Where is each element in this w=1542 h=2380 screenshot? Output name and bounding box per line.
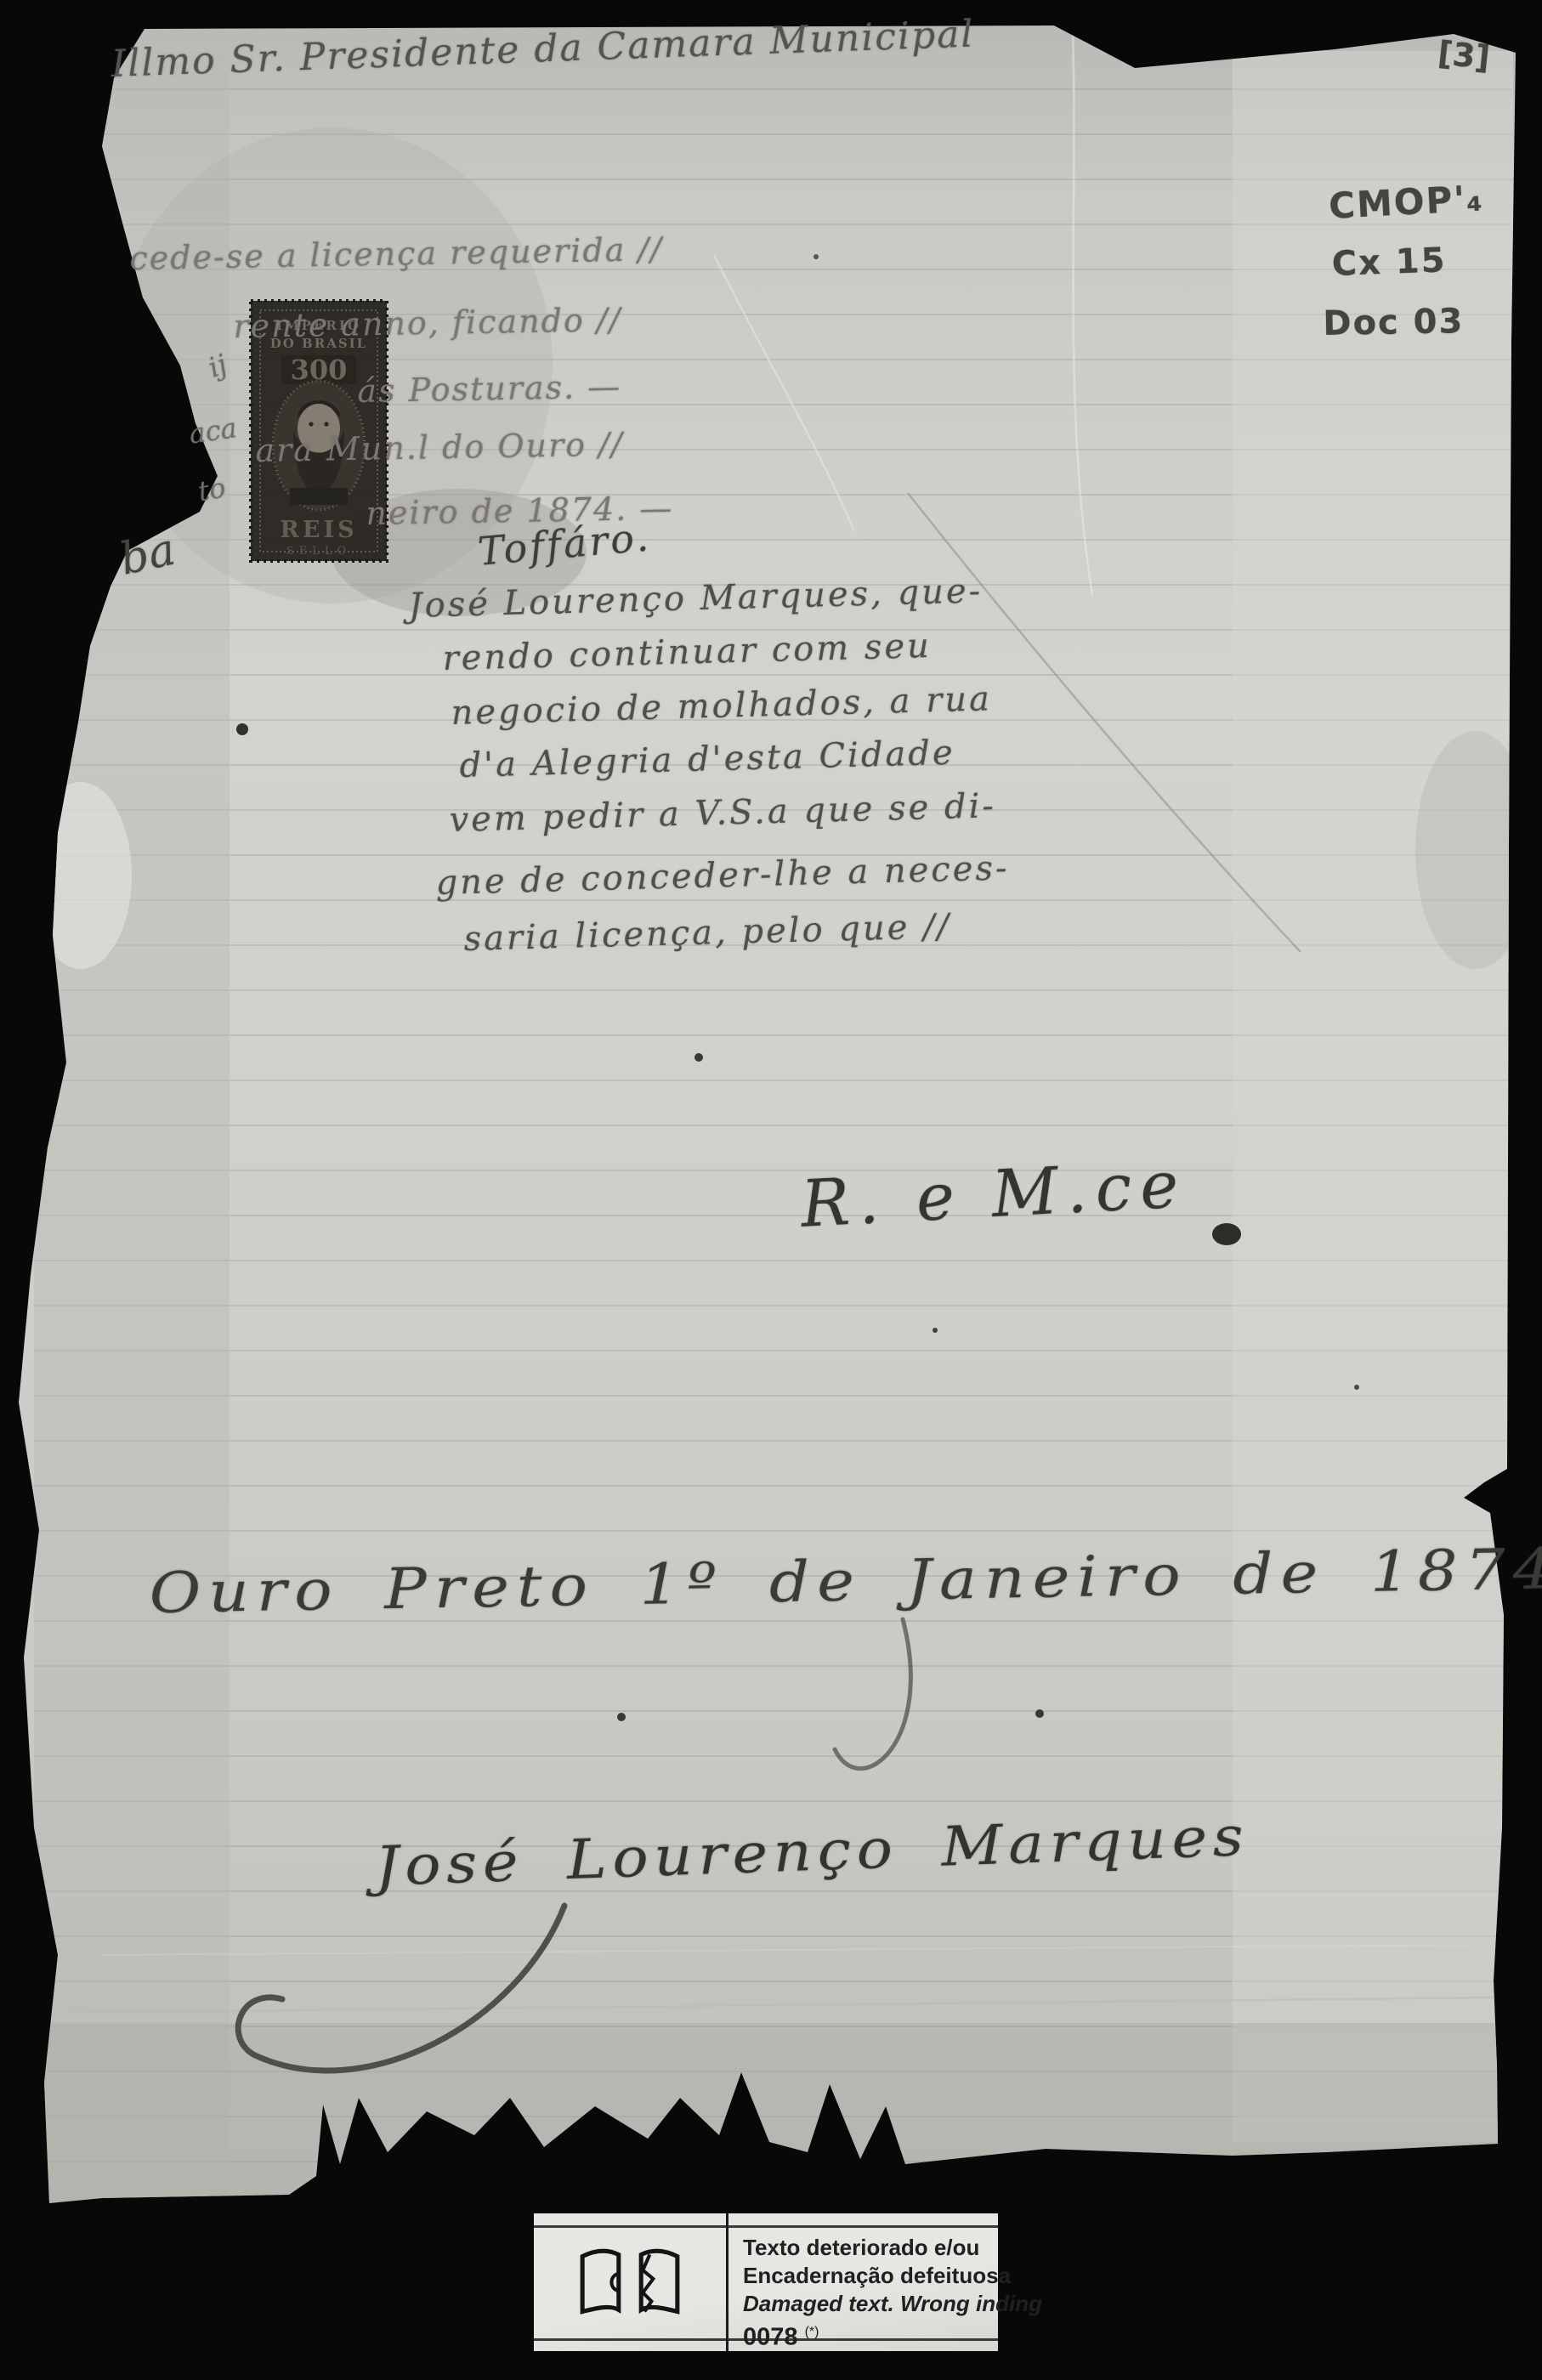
stamp-footer: SELLO xyxy=(286,545,351,558)
page-number-marker: [3] xyxy=(1436,34,1491,76)
portrait-eye-left xyxy=(309,422,313,426)
ink-dot-7 xyxy=(814,254,819,259)
label-code: 0078 (*) xyxy=(743,2318,993,2352)
bottom-wear xyxy=(43,2023,1500,2206)
label-text-cell: Texto deteriorado e/ou Encadernação defe… xyxy=(743,2234,993,2352)
label-en-line: Damaged text. Wrong inding xyxy=(743,2290,993,2318)
annotation-box: Cx 15 xyxy=(1331,241,1447,284)
despacho-line-3: ás Posturas. — xyxy=(357,368,622,410)
stamp-unit: REIS xyxy=(280,517,357,543)
ink-dot-6 xyxy=(1354,1385,1359,1390)
light-flap-left xyxy=(30,782,132,969)
annotation-doc: Doc 03 xyxy=(1323,302,1465,343)
label-code-footnote: (*) xyxy=(805,2325,819,2339)
portrait-shoulders xyxy=(290,488,348,505)
ink-dot-5 xyxy=(1035,1709,1044,1718)
despacho-line-4: ara Mun.l do Ouro // xyxy=(255,425,624,469)
light-band-right xyxy=(1233,51,1513,2142)
despacho-line-2: rente anno, ficando // xyxy=(233,301,622,345)
smudge-right-edge xyxy=(1415,731,1534,969)
ink-dot-2 xyxy=(694,1053,703,1062)
torn-text-fragment-2: aca xyxy=(187,411,239,450)
damaged-book-icon xyxy=(574,2241,686,2324)
ink-blot-closing xyxy=(1212,1223,1241,1245)
portrait-eye-right xyxy=(324,422,328,426)
ink-dot-4 xyxy=(617,1713,626,1721)
label-icon-cell xyxy=(534,2213,726,2351)
torn-text-fragment-3: to xyxy=(196,471,228,507)
ink-dot-3 xyxy=(933,1328,938,1333)
label-code-number: 0078 xyxy=(743,2324,798,2351)
ink-dot-1 xyxy=(236,723,248,735)
paper-sheet-graphic: IMPERIO DO BRASIL 300 REIS SELLO xyxy=(0,0,1542,2380)
annotation-fond: CMOP'₄ xyxy=(1328,177,1485,226)
label-pt-line2: Encadernação defeituosa xyxy=(743,2262,993,2290)
damage-label: Texto deteriorado e/ou Encadernação defe… xyxy=(534,2213,998,2351)
label-divider xyxy=(726,2213,728,2351)
scanned-manuscript-page: IMPERIO DO BRASIL 300 REIS SELLO Illmo S… xyxy=(0,0,1542,2380)
label-pt-line1: Texto deteriorado e/ou xyxy=(743,2234,993,2262)
